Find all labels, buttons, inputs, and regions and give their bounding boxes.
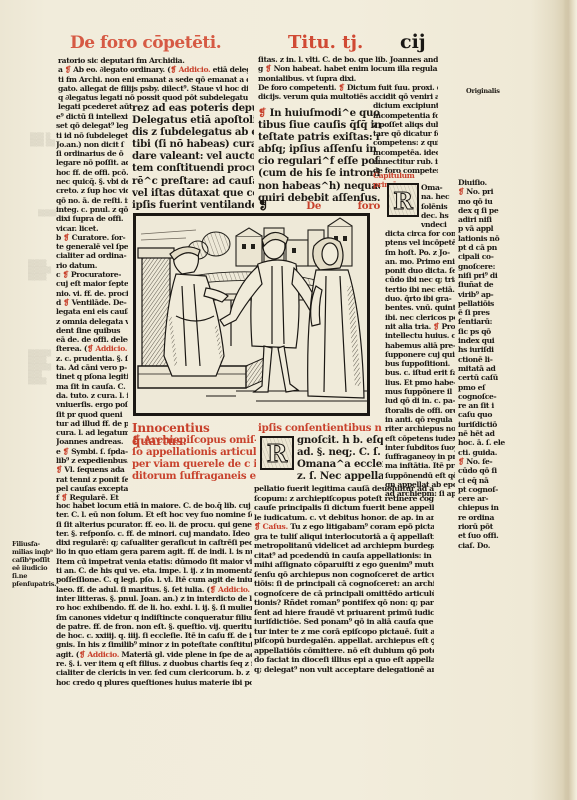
- main-text-line: cauſe principalis ſi dictum fuerit bene …: [254, 503, 434, 513]
- gloss-line: e⁹ dictū ſi intellexiſ: [56, 112, 128, 121]
- gloss-line: b ❡ Curatore. ſor-: [56, 233, 128, 242]
- right-gloss-top: ſitas. z in. l. vlti. C. de bo. que lib.…: [258, 55, 438, 92]
- gloss-line: et ſuo offi.: [458, 531, 508, 540]
- gloss-line: qn appellat ab epo: [385, 480, 455, 489]
- gloss-line: ci eq̄ nā: [458, 476, 508, 485]
- gloss-line: set qō delegat⁹ lega-: [56, 121, 128, 130]
- gloss-line: dicijs. verum quia multotiēs accidit qō …: [258, 92, 438, 101]
- gloss-line: ter. C. l. eū non ſolum. Et eſt hoc vey …: [56, 510, 252, 519]
- gloss-line: index qui: [458, 336, 508, 345]
- gloss-line: z. c. prudentia. §. ſe-: [56, 354, 128, 363]
- left-gloss-narrow-column: e⁹ dictū ſi intellexiſset qō delegat⁹ le…: [56, 112, 128, 502]
- gloss-line: ctionē li-: [458, 355, 508, 364]
- gloss-line: cūdo qō ſi: [458, 466, 508, 475]
- gloss-line: de hoc. c. xxiiij. q. iiij. ſi eccleſie.…: [56, 631, 252, 640]
- case-summary-rubric: ❡ Archiepiſcopus omiſ-ſo appellationis a…: [132, 434, 256, 482]
- gloss-line: re an ſit i: [458, 401, 508, 410]
- main-text-line: non habeas^h) nequaquā re: [258, 180, 380, 192]
- gloss-line: bentes. vnū. quinto: [385, 303, 455, 312]
- gloss-line: ❡ Vl. ſequens ada: [56, 465, 128, 474]
- gloss-line: rat tenni z ponit ſe-: [56, 475, 128, 484]
- text-beside-initial-lower: gnoſcit. h b. eſq;ad. §. neq;. C. ſ.Oman…: [297, 434, 383, 482]
- gloss-line: hoc habet locum etiā in maiore. C. de bo…: [56, 501, 252, 510]
- gloss-line: poſſeſſione. C. q legi. pſo. l. vl. Itē …: [56, 575, 252, 584]
- gloss-line: ptens vel incōpetē: [385, 238, 455, 247]
- gloss-line: lationis nō: [458, 234, 508, 243]
- gloss-line: legare nō poſſit. ad: [56, 158, 128, 167]
- gloss-line: certū caſū: [458, 373, 508, 382]
- right-outer-column: Diuiſio.❡ No. primo qō iudex q ſi peadir…: [458, 178, 508, 550]
- gloss-line: ſuffraganeoy in pri: [385, 452, 455, 461]
- main-text-line: do faciat in dioceſi illius epi a quo eſ…: [254, 655, 434, 665]
- page-edge-shadow: [563, 0, 577, 800]
- gloss-line: ſi ſit alterius pcurator. ff. eo. li. de…: [56, 520, 252, 529]
- summary-line: ❡ Archiepiſcopus omiſ-: [132, 434, 256, 446]
- gloss-line: cūdo ibi nec q; tria.: [385, 275, 455, 284]
- left-gloss-wide-column: hoc habet locum etiā in maiore. C. de bo…: [56, 501, 252, 687]
- gloss-line: nē hēt ad: [458, 429, 508, 438]
- main-text-line: ſenſu qō archiepus non cognoſceret de ar…: [254, 570, 434, 580]
- gloss-line: vniuerſis. ergo poſ: [56, 400, 128, 409]
- initial-r-glyph: R: [389, 185, 417, 215]
- margin-note-line: milias in: [12, 548, 41, 556]
- main-text-line: tionis? Rñdet roman⁹ pontifex qō non: q;…: [254, 598, 434, 608]
- gloss-line: ſitas. z in. l. vlti. C. de bo. que lib.…: [258, 55, 438, 64]
- gloss-line: ad archiepm: ſi ap-: [385, 489, 455, 498]
- gloss-line: mitatā ad: [458, 364, 508, 373]
- gloss-line: p vā appl: [458, 224, 508, 233]
- main-text-line: metropolitanū videlicet ad archiepm burd…: [254, 541, 434, 551]
- margin-note-line: Filiusfa-: [12, 540, 40, 548]
- gloss-line: ti id nō ſubdeleget.: [56, 131, 128, 140]
- gloss-line: ſterea. (❡ Addicio.: [56, 344, 128, 353]
- gloss-line: Oma-: [421, 183, 455, 192]
- gloss-line: rio datum.: [56, 261, 128, 270]
- gloss-line: dec. hs: [421, 211, 455, 220]
- outer-margin-note: Originalis: [466, 87, 526, 95]
- main-text-line: dare valeant: vel auctorita-: [132, 150, 254, 162]
- gloss-line: Joannes andreas.: [56, 437, 128, 446]
- gloss-line: vicar. licet.: [56, 224, 128, 233]
- gloss-line: incompetentia fori.: [373, 111, 438, 120]
- main-text-line: gra te tuliſ aliqui interlocutoriā a q̄ …: [254, 532, 434, 542]
- margin-note-filiusfamilias: Filiusfa-milias inqb⁹ caſib⁹poſſit eē ii…: [12, 540, 54, 588]
- main-text-line: q; delegat⁹ non vult acceptare delegatio…: [254, 665, 434, 675]
- gloss-line: Item cū impetrat venia etatis: dūmodo ſi…: [56, 557, 252, 566]
- gloss-line: qō no. ā. de reſti. in: [56, 196, 128, 205]
- gloss-line: re. §. i. ver item q eſt filius. z duobu…: [56, 659, 252, 668]
- gloss-line: lius. Et pmo habe-: [385, 378, 455, 387]
- right-gloss-narrow-column: dicta circa for comptens vel incōpetēſm …: [385, 229, 455, 499]
- gloss-line: annectitur rub. iſta: [373, 157, 438, 166]
- gloss-line: laeo. ff. de adul. ſi maritus. §. ſet iu…: [56, 585, 252, 594]
- gloss-line: da. tuto. z cura. l. in: [56, 391, 128, 400]
- main-text-line: le iudicatum. c. vt debitus honor. de ap…: [254, 513, 434, 523]
- summary-line: ditorum ſuffraganeis etiam: [132, 470, 256, 482]
- gloss-line: competens: z quid: [373, 138, 438, 147]
- gloss-line: eā de. de offi. delega.: [56, 335, 128, 344]
- gloss-rubric-line: De foro competenti. ❡ Dictum fuit ſuu. p…: [258, 83, 438, 92]
- gloss-line: ❡ No. ſe-: [458, 457, 508, 466]
- summary-line: ipſis conſentientibus nō co: [258, 422, 382, 434]
- gloss-line: c ❡ Procuratore-: [56, 270, 128, 279]
- gloss-line: d ❡ Ventilāde. De-: [56, 298, 128, 307]
- gloss-line: mo qō iu: [458, 197, 508, 206]
- gloss-line: de patre. ff. de fron. non eſt. §. queſt…: [56, 622, 252, 631]
- gloss-line: e ❡ Symbi. ſ. ſpda-: [56, 447, 128, 456]
- text-beside-initial-upper: Oma-na. hecſolēnisdec. hsvndeci: [421, 183, 455, 229]
- gloss-line: ter. §. reſponſo. c. ff. de minori. cuj …: [56, 529, 252, 538]
- gloss-line: ſiuñat de: [458, 280, 508, 289]
- main-text-line: vel iſtas dūtaxat que coram: [132, 187, 254, 199]
- main-text-line: gnoſcit. h b. eſq;: [297, 434, 383, 446]
- gloss-line: duo. q̄rto ibi gra-: [385, 294, 455, 303]
- gloss-line: pel cauſas exceptas.: [56, 484, 128, 493]
- gloss-line: ciaſ. Do.: [458, 541, 508, 550]
- main-text-line: appellatiōis cōmittere. nō eſt dubium qō…: [254, 646, 434, 656]
- main-text-line: tiōis: ſi de principali cā cognoſceret: …: [254, 579, 434, 589]
- gloss-line: ſi ordinarius de ō: [56, 149, 128, 158]
- gloss-line: z omnia delegata vi: [56, 317, 128, 326]
- gloss-line: cere ar-: [458, 494, 508, 503]
- gloss-line: cipali co-: [458, 252, 508, 261]
- gloss-line: cti. guida.: [458, 448, 508, 457]
- gloss-line: z poſſet aliqs dubi-: [373, 120, 438, 129]
- main-text-line: Delegatus etiā apoſtolice ſe: [132, 114, 254, 126]
- gloss-line: virib⁹ ap-: [458, 290, 508, 299]
- gloss-line: hoc. ā. ſ. ele: [458, 438, 508, 447]
- main-text-line: ad. §. neq;. C. ſ.: [297, 446, 383, 458]
- gloss-line: intellectu huius. c.: [385, 331, 455, 340]
- gloss-line: agit. (❡ Addicio. Materiā gl. vide plene…: [56, 650, 252, 659]
- gloss-line: te generalē vel ſpe-: [56, 242, 128, 251]
- folio-number: cij: [400, 31, 426, 53]
- gloss-line: tare qō dicatur fo-: [373, 129, 438, 138]
- gloss-line: inter litteras. §. pnul. Joan. an.) z in…: [56, 594, 252, 603]
- main-text-line: tem conſtituendi procurato: [132, 162, 254, 174]
- gloss-line: hoc credo q plures queſtiones huius mate…: [56, 678, 252, 687]
- gloss-line: ē ſi pres: [458, 308, 508, 317]
- gloss-line: ma ſit in cauſa. C. q: [56, 382, 128, 391]
- main-text-line: ipſis fuerint ventilande^d.: [132, 199, 254, 211]
- right-gloss-continuation: dicijs. verum quia multotiēs accidit qō …: [258, 92, 438, 176]
- main-text-line: tur inter te z me corā epiſcopo pictauē.…: [254, 627, 434, 637]
- gloss-line: nec quicq̄. §. vbi de: [56, 177, 128, 186]
- gloss-line: caſu quo: [458, 410, 508, 419]
- gloss-line: ſit pr quod queni: [56, 410, 128, 419]
- gloss-line: ti fm Archi. non eni emanat a sede qō em…: [58, 75, 248, 84]
- gloss-line: ſuppōnendū eſt qō: [385, 471, 455, 480]
- main-text-line: ſent ad hiere fraudē vt priuarent primū …: [254, 608, 434, 618]
- summary-line: ſo appellationis articulo: vel: [132, 446, 256, 458]
- decorated-initial-r-lower: R: [260, 436, 294, 470]
- gloss-line: chiepus in: [458, 503, 508, 512]
- gloss-line: ſtoralis de offi. ord.: [385, 406, 455, 415]
- gloss-line: ſupponere cuj qui-: [385, 350, 455, 359]
- gloss-line: gnis. In his z ſimilib⁹ minor z in poteſ…: [56, 640, 252, 649]
- gloss-line: lio in quo etiam gera parem agit. ff. de…: [56, 547, 252, 556]
- gloss-line: ponit duo dicta. ſe-: [385, 266, 455, 275]
- woodcut-illustration: [133, 213, 370, 416]
- gloss-line: g ❡ Non habeat. habet enim locum illa re…: [258, 64, 438, 73]
- main-text-block-1: rez ad eas poteris deputare.Delegatus et…: [132, 102, 254, 211]
- gloss-line: tertio ibi nec etiā.: [385, 285, 455, 294]
- main-text-lower: pellatio fuerit legitima cauſā deuoluitu…: [254, 484, 434, 674]
- gloss-line: ratorio sic deputari fm Archidia.: [58, 56, 248, 65]
- gloss-line: cuj eſt maior ſepte: [56, 279, 128, 288]
- gloss-line: pellatiōis: [458, 299, 508, 308]
- main-text-line: dis z ſubdelegatus ab eo⁴: [132, 126, 254, 138]
- gloss-line: dex q ſi pe: [458, 206, 508, 215]
- main-text-line: rē^c preſtare: ad cauſas illas: [132, 175, 254, 187]
- main-text-line: iuriſdictiōe. Sed ponam⁹ qō in aliā cauſ…: [254, 617, 434, 627]
- woodcut-scene-image: [136, 216, 367, 413]
- gloss-line: na. hec: [421, 192, 455, 201]
- pilcrow-mark: ❡: [258, 200, 306, 213]
- gloss-line: an. mo. Primo eni: [385, 257, 455, 266]
- gloss-line: dicium excipiunt de: [373, 101, 438, 110]
- gloss-line: riter archiepus non: [385, 424, 455, 433]
- gloss-line: ſm canones videtur q indiſtincte conquer…: [56, 613, 252, 622]
- gloss-line: ſic ps qō: [458, 327, 508, 336]
- gloss-line: ma inſtātia. Itē pre: [385, 461, 455, 470]
- gloss-line: hs iuriſdi: [458, 345, 508, 354]
- gloss-line: Diuiſio.: [458, 178, 508, 187]
- margin-note-line: patris.: [34, 580, 56, 588]
- gloss-line: ſolēnis: [421, 202, 455, 211]
- gloss-line: lib⁹ z expedienbus.: [56, 456, 128, 465]
- gloss-line: ibi. nec clericos po-: [385, 313, 455, 322]
- gloss-line: pt cognoſ-: [458, 485, 508, 494]
- gloss-line: gato. allegat de filijs psby. dilect⁹. S…: [58, 84, 248, 93]
- gloss-line: dixi regularē: q; caſualiter geraſicut i…: [56, 538, 252, 547]
- gloss-line: ❡ No. pri: [458, 187, 508, 196]
- gloss-line: legata eni eis cauſa: [56, 307, 128, 316]
- main-text-line: Omana^a eccleſia:: [297, 458, 383, 470]
- gloss-line: ta. Ad cāni vero p-: [56, 363, 128, 372]
- gloss-line: cialiter de clericis in ver. ſed cum cle…: [56, 668, 252, 677]
- gloss-line: integ. c. pnul. z qō: [56, 205, 128, 214]
- gloss-line: lud qō di in. c. pa-: [385, 396, 455, 405]
- gloss-line: tinet q pſona legiti: [56, 372, 128, 381]
- gloss-line: iuriſdictiō: [458, 420, 508, 429]
- gloss-line: cognoſce-: [458, 392, 508, 401]
- gloss-line: pmo eſ: [458, 383, 508, 392]
- gloss-line: nio. vi. ff. de. proci.: [56, 289, 128, 298]
- gloss-line: pt d cā pn: [458, 243, 508, 252]
- gloss-line: Jo.an.) non dicit ſ: [56, 140, 128, 149]
- book-page: ▒▒▒ ▒▒▒▒ ▒▒ ▒▒▒▒ ▒▒▒▒▒▒▒▒▒▒▒▒▒ ▒▒▒▒▒▒▒▒▒…: [0, 0, 577, 800]
- gloss-line: ro hoc exhibendo. ff. de li. ho. exhi. l…: [56, 603, 252, 612]
- gloss-line: ſentiarū:: [458, 317, 508, 326]
- gloss-line: a ❡ Ab eo. ∂legato ordinary. (❡ Addicio.…: [58, 65, 248, 74]
- gloss-line: cura. l. ad legatum.: [56, 428, 128, 437]
- gloss-line: hoc ff. de offi. pcō.l.: [56, 168, 128, 177]
- gloss-line: monialibus. vt ſupra dixi.: [258, 74, 438, 83]
- gloss-line: tur ad illud ff. de p: [56, 419, 128, 428]
- gloss-line: ti an. C. de his qui ve. eta. impe. l. i…: [56, 566, 252, 575]
- gloss-line: incompetēa. ideo: [373, 148, 438, 157]
- gloss-line: nit alia tria. ❡ Pro: [385, 322, 455, 331]
- gloss-line: bus ſuppoſitioni.: [385, 359, 455, 368]
- gloss-line: mus ſuppōnere il: [385, 387, 455, 396]
- main-text-line: tibi (ſi nō habeas) curatore^b: [132, 138, 254, 150]
- gloss-line: gnoſcere:: [458, 262, 508, 271]
- case-summary-rubric-continued: ipſis conſentientibus nō co: [258, 422, 382, 434]
- gloss-line: ſm hoſt. Po. z Jo-: [385, 248, 455, 257]
- running-title-center: Titu. tj.: [288, 32, 363, 53]
- gloss-line: dixi ſupra de offi.: [56, 214, 128, 223]
- main-text-line: ❡ Caſus. Tu z ego litigabam⁹ coram epō p…: [254, 522, 434, 532]
- gloss-line: bus. c. iſtud erit fa-i: [385, 368, 455, 377]
- gloss-line: eſt cōpetens iudex: [385, 434, 455, 443]
- gloss-line: habemus aliā pre-: [385, 341, 455, 350]
- main-text-line: cognoſcere de cā principali omittēdo art…: [254, 589, 434, 599]
- initial-r-glyph: R: [262, 438, 292, 468]
- main-text-line: z. ſ. Nec appella-: [297, 470, 383, 482]
- main-text-line: citat⁹ ad pcedendū in cauſa appellationi…: [254, 551, 434, 561]
- running-title-left: De foro cōpetēti.: [70, 33, 221, 53]
- gloss-line: creto. z ſup hoc vide: [56, 186, 128, 195]
- gloss-line: niſi pri⁹ di: [458, 271, 508, 280]
- decorated-initial-r-upper: R: [387, 183, 419, 217]
- main-text-line: rez ad eas poteris deputare.: [132, 102, 254, 114]
- main-text-line: piſcopū burdegalēn. appellat. archiepus …: [254, 636, 434, 646]
- gloss-line: in anti. qō regula: [385, 415, 455, 424]
- gloss-line: re ordina: [458, 513, 508, 522]
- gloss-line: cialiter ad ordina-: [56, 251, 128, 260]
- gloss-line: riorū pōt: [458, 522, 508, 531]
- gloss-line: inter ſubditos ſuoy: [385, 443, 455, 452]
- summary-line: per viam querele de c i ſub-: [132, 458, 256, 470]
- main-text-line: mihi aſſignato cōparuiſti z ego ꝯuenim⁹ …: [254, 560, 434, 570]
- svg-text:R: R: [267, 439, 288, 468]
- gloss-line: adiri niſi: [458, 215, 508, 224]
- gloss-line: dicta circa for com: [385, 229, 455, 238]
- svg-text:R: R: [393, 187, 413, 215]
- gloss-line: dent ſine quibus: [56, 326, 128, 335]
